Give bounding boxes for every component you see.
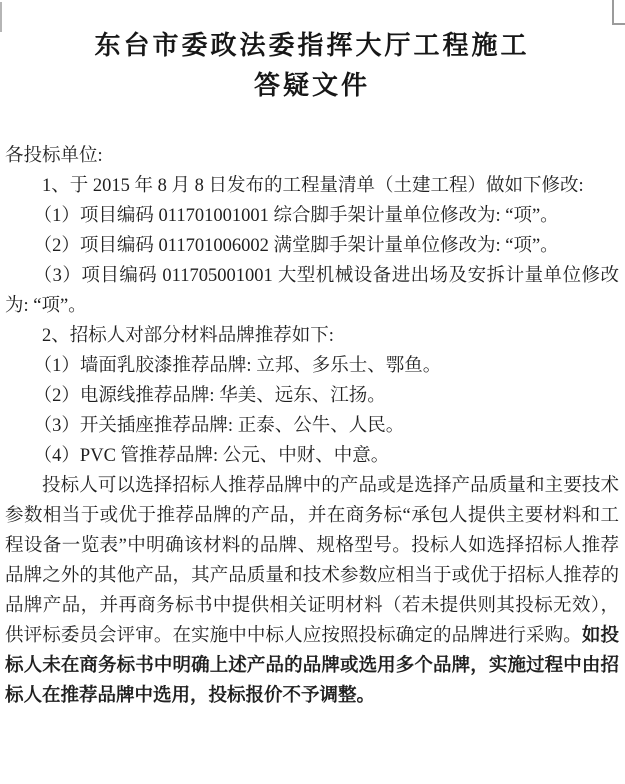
document-body: 各投标单位: 1、于 2015 年 8 月 8 日发布的工程量清单（土建工程）做… — [5, 141, 619, 711]
section2-item-1: （1）墙面乳胶漆推荐品牌: 立邦、多乐士、鄂鱼。 — [5, 351, 619, 381]
closing-paragraph-normal: 投标人可以选择招标人推荐品牌中的产品或是选择产品质量和主要技术参数相当于或优于推… — [5, 476, 619, 646]
closing-paragraph: 投标人可以选择招标人推荐品牌中的产品或是选择产品质量和主要技术参数相当于或优于推… — [5, 471, 619, 711]
section2-item-2: （2）电源线推荐品牌: 华美、远东、江扬。 — [5, 381, 619, 411]
salutation: 各投标单位: — [5, 141, 619, 171]
scan-artifact-corner-horizontal — [612, 23, 625, 25]
scan-artifact-corner-vertical — [612, 0, 614, 25]
section1-item-1: （1）项目编码 011701001001 综合脚手架计量单位修改为: “项”。 — [5, 201, 619, 231]
section2-item-4: （4）PVC 管推荐品牌: 公元、中财、中意。 — [5, 441, 619, 471]
section1-item-3: （3）项目编码 011705001001 大型机械设备进出场及安拆计量单位修改为… — [5, 261, 619, 321]
section1-item-2: （2）项目编码 011701006002 满堂脚手架计量单位修改为: “项”。 — [5, 231, 619, 261]
document-page: 东台市委政法委指挥大厅工程施工 答疑文件 各投标单位: 1、于 2015 年 8… — [0, 0, 625, 711]
section1-heading: 1、于 2015 年 8 月 8 日发布的工程量清单（土建工程）做如下修改: — [5, 171, 619, 201]
document-title-line1: 东台市委政法委指挥大厅工程施工 — [5, 26, 619, 66]
document-title: 东台市委政法委指挥大厅工程施工 答疑文件 — [5, 26, 619, 106]
scan-artifact-left-edge — [0, 2, 2, 32]
section2-item-3: （3）开关插座推荐品牌: 正泰、公牛、人民。 — [5, 411, 619, 441]
section2-heading: 2、招标人对部分材料品牌推荐如下: — [5, 321, 619, 351]
document-title-line2: 答疑文件 — [5, 66, 619, 106]
